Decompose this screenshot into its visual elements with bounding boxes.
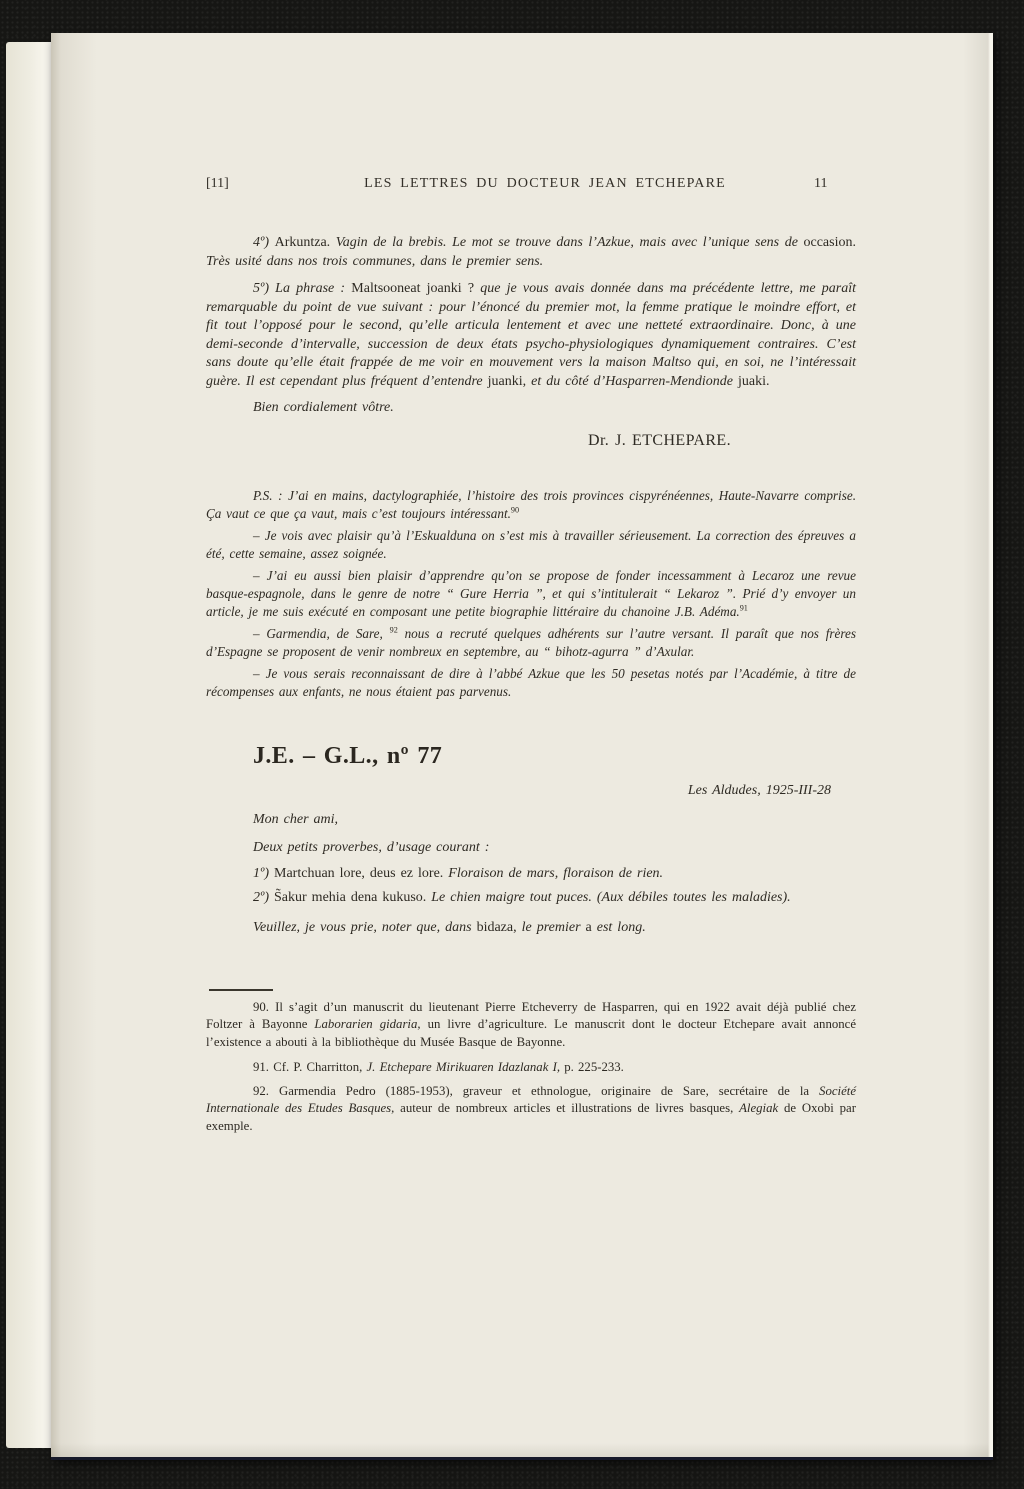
running-header: [11] LES LETTRES DU DOCTEUR JEAN ETCHEPA… xyxy=(206,176,856,192)
postscript: P.S. : J’ai en mains, dactylographiée, l… xyxy=(206,487,856,523)
footnote-91: 91. Cf. P. Charritton, J. Etchepare Miri… xyxy=(206,1059,856,1076)
paragraph-item-4: 4º) Arkuntza. Vagin de la brebis. Le mot… xyxy=(206,234,856,271)
footnote-92: 92. Garmendia Pedro (1885-1953), graveur… xyxy=(206,1083,856,1135)
salutation: Mon cher ami, xyxy=(206,811,856,830)
letter-77-heading: J.E. – G.L., nº 77 xyxy=(253,743,856,770)
signature: Dr. J. ETCHEPARE. xyxy=(588,432,856,451)
note-lekaroz: – J’ai eu aussi bien plaisir d’apprendre… xyxy=(206,567,856,621)
footnote-separator xyxy=(209,989,273,991)
note-garmendia: – Garmendia, de Sare, 92 nous a recruté … xyxy=(206,625,856,661)
closing-note: Veuillez, je vous prie, noter que, dans … xyxy=(206,919,856,938)
header-section-number: [11] xyxy=(206,176,276,192)
book-page: [11] LES LETTRES DU DOCTEUR JEAN ETCHEPA… xyxy=(51,33,993,1457)
proverb-1: 1º) Martchuan lore, deus ez lore. Florai… xyxy=(206,865,856,884)
header-title: LES LETTRES DU DOCTEUR JEAN ETCHEPARE xyxy=(276,176,814,192)
footnotes: 90. Il s’agit d’un manuscrit du lieutena… xyxy=(206,999,856,1135)
header-page-number: 11 xyxy=(814,176,856,192)
note-eskualduna: – Je vois avec plaisir qu’à l’Eskualduna… xyxy=(206,527,856,563)
note-azkue: – Je vous serais reconnaissant de dire à… xyxy=(206,665,856,701)
intro-line: Deux petits proverbes, d’usage courant : xyxy=(206,839,856,858)
previous-page-edge xyxy=(6,42,51,1448)
paragraph-item-5: 5º) La phrase : Maltsooneat joanki ? que… xyxy=(206,280,856,391)
proverb-2: 2º) S̃akur mehia dena kukuso. Le chien m… xyxy=(206,889,856,908)
scan-background: [11] LES LETTRES DU DOCTEUR JEAN ETCHEPA… xyxy=(0,0,1024,1489)
footnote-90: 90. Il s’agit d’un manuscrit du lieutena… xyxy=(206,999,856,1051)
postscript-block: P.S. : J’ai en mains, dactylographiée, l… xyxy=(206,487,856,701)
valediction: Bien cordialement vôtre. xyxy=(206,399,856,418)
dateline: Les Aldudes, 1925-III-28 xyxy=(206,782,856,801)
